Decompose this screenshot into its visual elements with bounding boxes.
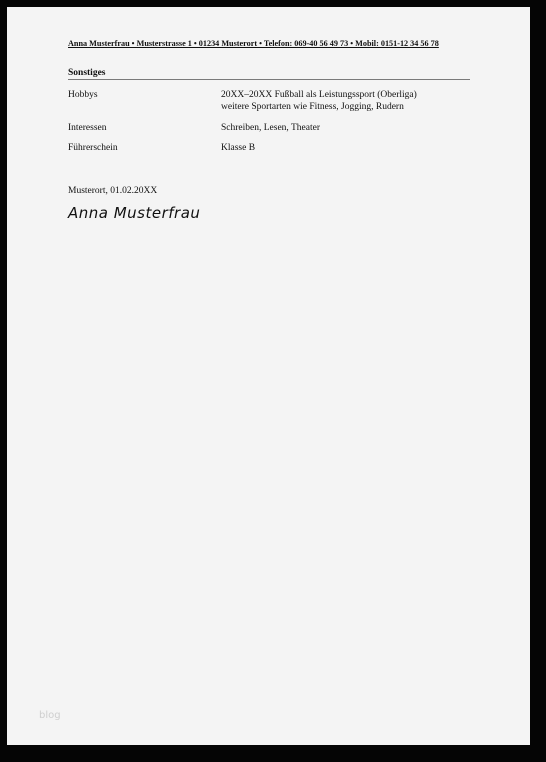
row-value: 20XX–20XX Fußball als Leistungssport (Ob… [221, 89, 417, 101]
row-label: Führerschein [68, 142, 118, 154]
row-label: Interessen [68, 122, 107, 134]
row-label: Hobbys [68, 89, 98, 101]
row-value: Klasse B [221, 142, 255, 154]
signature: Anna Musterfrau [68, 204, 200, 222]
contact-line: Anna Musterfrau • Musterstrasse 1 • 0123… [68, 39, 470, 48]
place-date: Musterort, 01.02.20XX [68, 186, 157, 196]
row-value: weitere Sportarten wie Fitness, Jogging,… [221, 101, 404, 113]
section-title: Sonstiges [68, 68, 470, 80]
row-value: Schreiben, Lesen, Theater [221, 122, 320, 134]
watermark: blog [39, 710, 61, 721]
document-page: Anna Musterfrau • Musterstrasse 1 • 0123… [7, 7, 530, 745]
